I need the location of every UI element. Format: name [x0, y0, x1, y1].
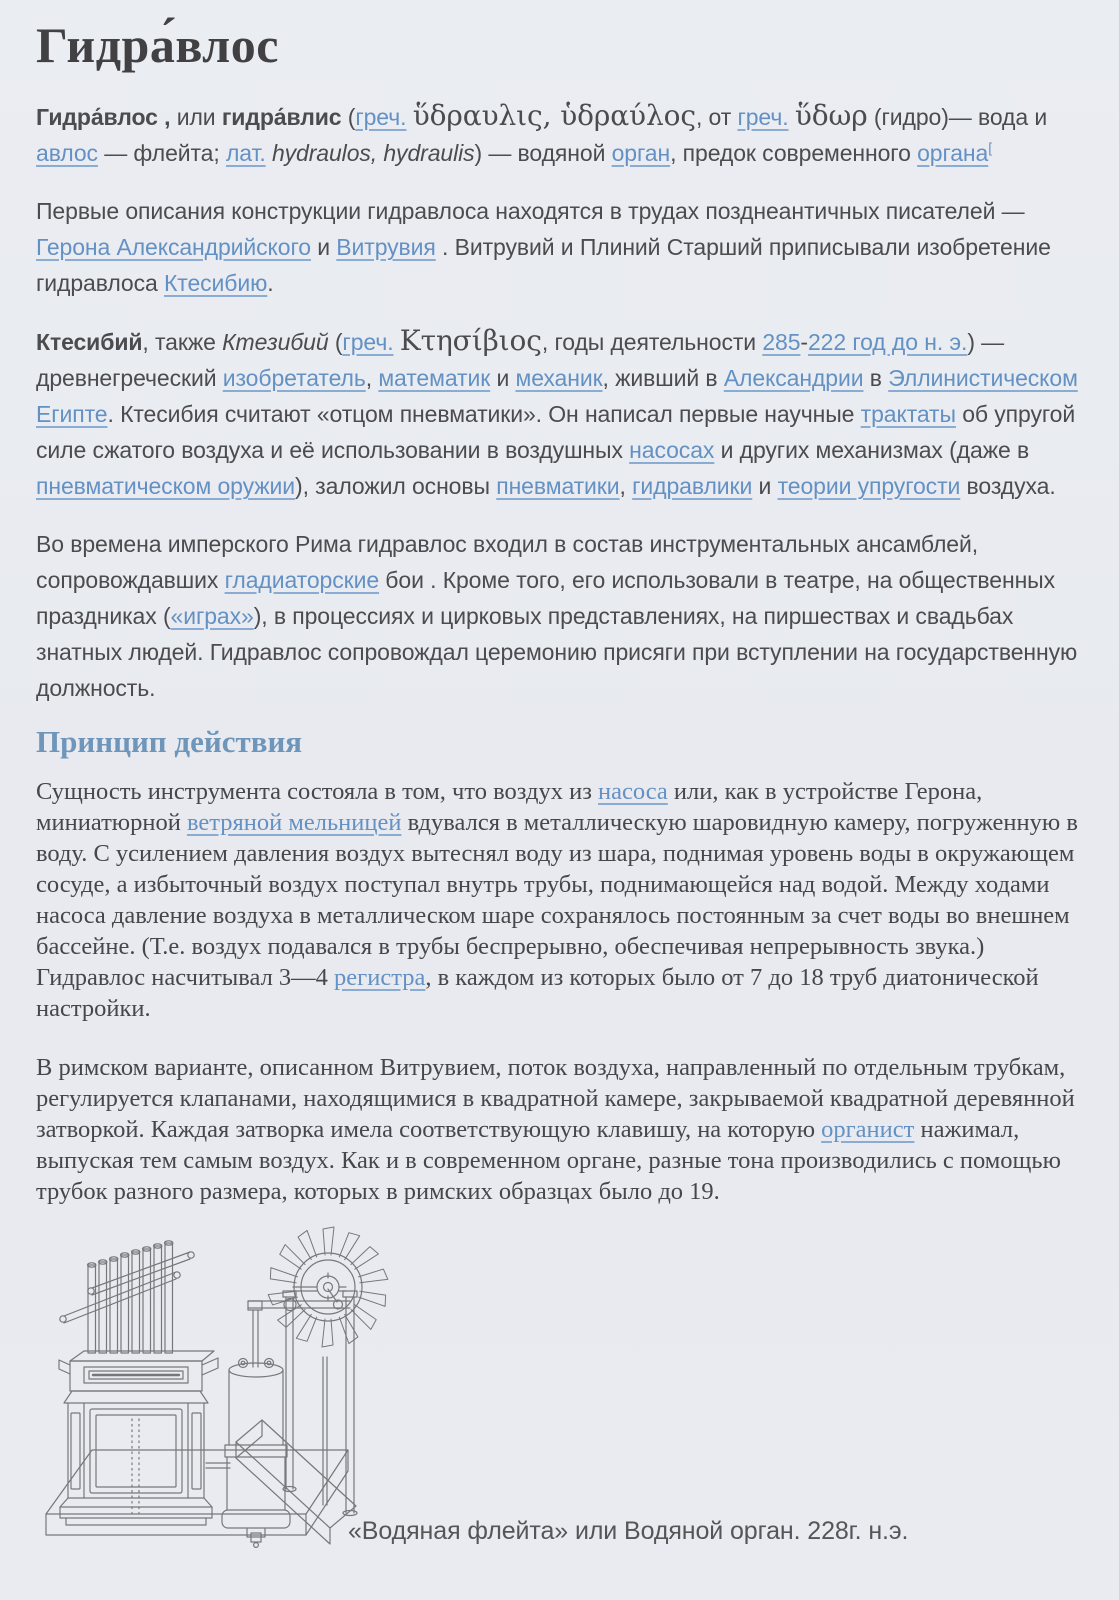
- text-link[interactable]: регистра: [334, 964, 425, 991]
- figure-caption: «Водяная флейта» или Водяной орган. 228г…: [348, 1517, 908, 1546]
- text-run: гидра́влис: [222, 104, 342, 130]
- text-run: и: [752, 473, 777, 499]
- figure-hydraulis: «Водяная флейта» или Водяной орган. 228г…: [36, 1217, 1085, 1557]
- text-run: воздуха.: [960, 473, 1055, 499]
- text-link[interactable]: греч.: [342, 329, 393, 355]
- text-run: , живший в: [603, 365, 724, 391]
- text-link[interactable]: пневматики: [496, 473, 619, 499]
- text-link[interactable]: Александрии: [724, 365, 864, 391]
- text-link[interactable]: лат.: [226, 140, 266, 166]
- text-link[interactable]: греч.: [355, 104, 406, 130]
- text-link[interactable]: Витрувия: [336, 234, 435, 260]
- text-link[interactable]: насоса: [598, 778, 668, 805]
- document-page: Гидра́влос Гидра́влос , или гидра́влис (…: [0, 14, 1119, 1557]
- text-link[interactable]: ветряной мельницей: [187, 809, 402, 836]
- text-link[interactable]: 222 год до н. э.: [808, 329, 967, 355]
- text-link[interactable]: гидравлики: [632, 473, 752, 499]
- text-link[interactable]: «играх»: [171, 603, 254, 629]
- text-link[interactable]: насосах: [629, 437, 714, 463]
- text-link[interactable]: орган: [612, 140, 670, 166]
- text-link[interactable]: греч.: [737, 104, 788, 130]
- text-link[interactable]: математик: [378, 365, 490, 391]
- text-run: -: [800, 329, 808, 355]
- text-run: Ктезибий: [222, 329, 328, 355]
- text-run: Гидра́влос ,: [36, 104, 170, 130]
- text-run: hydraulos, hydraulis: [272, 140, 475, 166]
- text-link[interactable]: органист: [821, 1116, 914, 1143]
- text-run: , также: [142, 329, 222, 355]
- text-link[interactable]: трактаты: [861, 401, 956, 427]
- text-run: Первые описания конструкции гидравлоса н…: [36, 198, 1025, 224]
- text-link[interactable]: Ктесибию: [164, 270, 267, 296]
- text-run: (гидро)— вода и: [868, 104, 1047, 130]
- text-run: , годы деятельности: [542, 329, 762, 355]
- text-link[interactable]: пневматическом оружии: [36, 473, 295, 499]
- text-run: .: [267, 270, 273, 296]
- text-run: (: [329, 329, 343, 355]
- text-link[interactable]: 285: [762, 329, 800, 355]
- intro-paragraph-1: Гидра́влос , или гидра́влис (греч. ὕδραυ…: [36, 98, 1085, 171]
- text-link[interactable]: Герона Александрийского: [36, 234, 311, 260]
- section-paragraph-2: В римском варианте, описанном Витрувием,…: [36, 1052, 1085, 1207]
- text-run: , предок современного: [670, 140, 917, 166]
- text-run: ,: [620, 473, 633, 499]
- text-run: ), заложил основы: [295, 473, 496, 499]
- hydraulis-illustration: [40, 1217, 432, 1553]
- text-run: Сущность инструмента состояла в том, что…: [36, 778, 598, 805]
- intro-paragraph-4: Во времена имперского Рима гидравлос вхо…: [36, 526, 1085, 706]
- text-run: ὕδωρ: [795, 99, 868, 132]
- text-run: Ктесибий: [36, 329, 142, 355]
- page-title: Гидра́влос: [36, 14, 1085, 76]
- text-link[interactable]: изобретатель: [223, 365, 366, 391]
- text-run: — флейта;: [98, 140, 226, 166]
- text-run: , от: [696, 104, 738, 130]
- text-link[interactable]: механик: [515, 365, 602, 391]
- intro-paragraph-2: Первые описания конструкции гидравлоса н…: [36, 193, 1085, 301]
- text-run: или: [170, 104, 221, 130]
- section-paragraph-1: Сущность инструмента состояла в том, что…: [36, 776, 1085, 1024]
- text-run: ,: [366, 365, 379, 391]
- intro-paragraph-3: Ктесибий, также Ктезибий (греч. Κτησίβιο…: [36, 323, 1085, 504]
- text-run: . Ктесибия считают «отцом пневматики». О…: [108, 401, 861, 427]
- text-run: ) — водяной: [475, 140, 612, 166]
- text-run: и: [490, 365, 515, 391]
- text-link[interactable]: авлос: [36, 140, 98, 166]
- text-link[interactable]: теории упругости: [778, 473, 961, 499]
- text-link[interactable]: [: [988, 139, 992, 155]
- text-run: в: [864, 365, 889, 391]
- section-heading-principle: Принцип действия: [36, 724, 1085, 760]
- text-link[interactable]: гладиаторские: [225, 567, 379, 593]
- text-run: (: [341, 104, 355, 130]
- text-run: ὕδραυλις, ὑδραύλος: [413, 99, 696, 132]
- text-run: и: [311, 234, 336, 260]
- text-link[interactable]: органа: [917, 140, 988, 166]
- text-run: и других механизмах (даже в: [714, 437, 1029, 463]
- text-run: Κτησίβιος: [400, 324, 542, 357]
